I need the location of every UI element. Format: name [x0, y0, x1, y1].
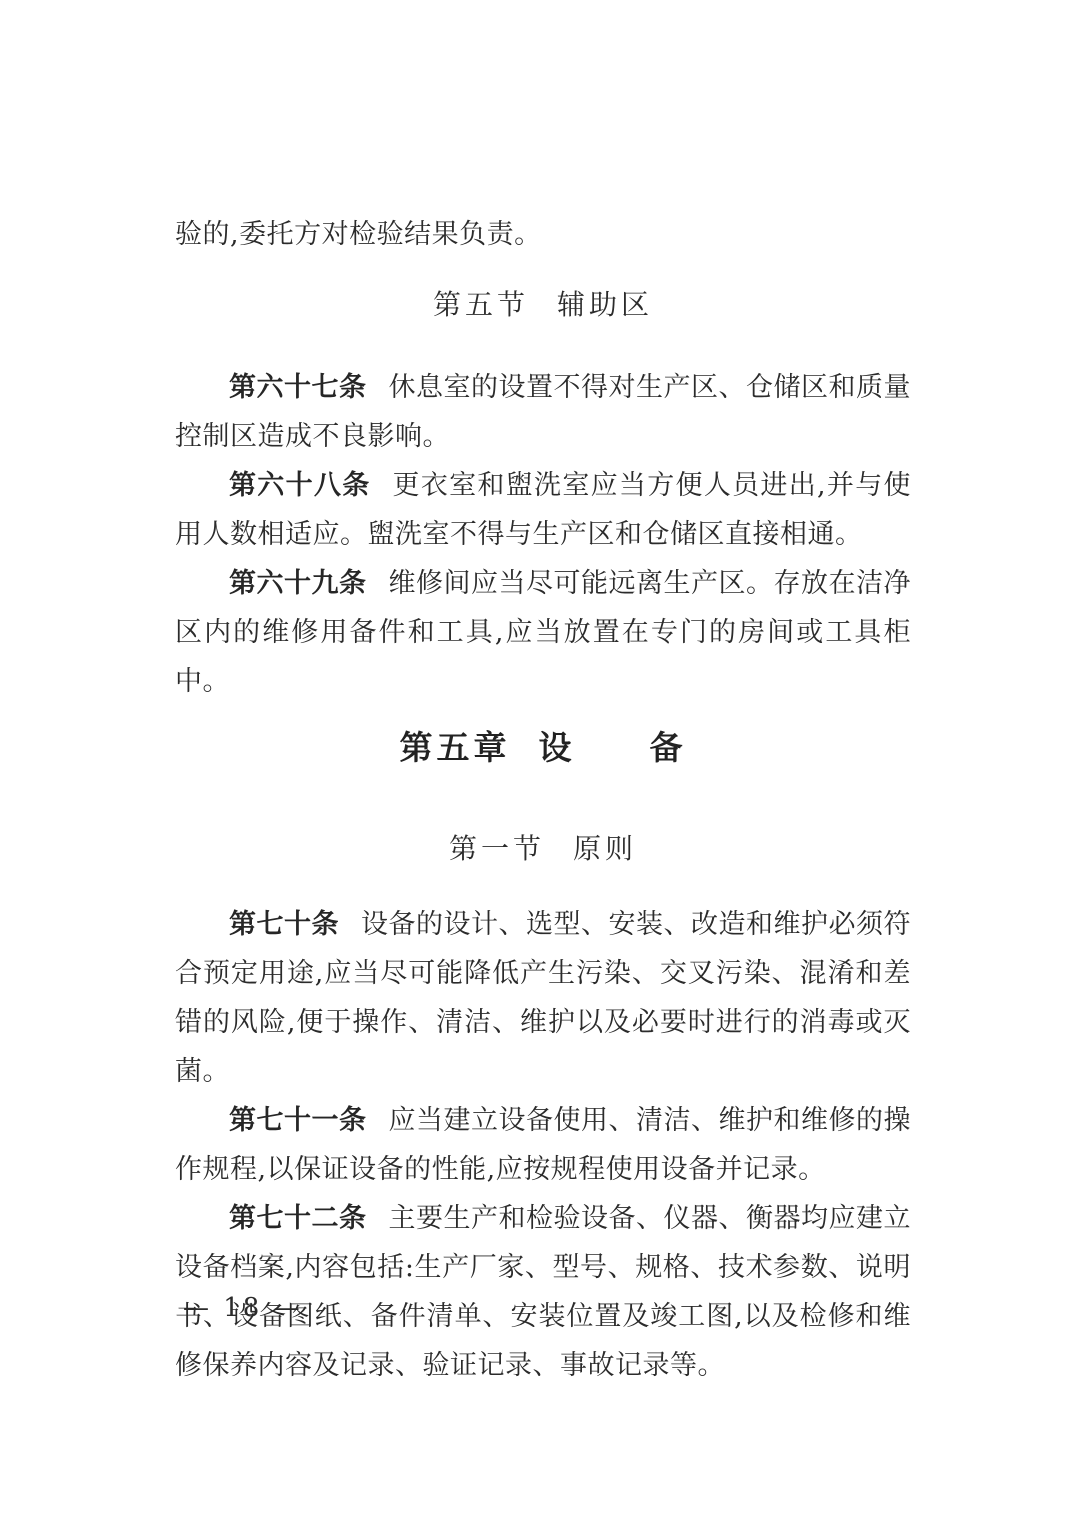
article-71-number: 第七十一条	[229, 1105, 367, 1136]
article-67-paragraph: 第六十七条休息室的设置不得对生产区、仓储区和质量控制区造成不良影响。	[175, 363, 911, 461]
article-71-paragraph: 第七十一条应当建立设备使用、清洁、维护和维修的操作规程,以保证设备的性能,应按规…	[175, 1096, 911, 1194]
page-number: — 18 —	[183, 1293, 303, 1323]
chapter-5-label: 第五章	[400, 728, 511, 767]
document-page: 验的,委托方对检验结果负责。 第五节辅助区 第六十七条休息室的设置不得对生产区、…	[0, 0, 1080, 1529]
section-1-title: 原则	[573, 832, 637, 865]
page-content: 验的,委托方对检验结果负责。 第五节辅助区 第六十七条休息室的设置不得对生产区、…	[175, 210, 911, 1390]
article-69-number: 第六十九条	[229, 568, 367, 599]
article-72-number: 第七十二条	[229, 1203, 367, 1234]
continuation-paragraph: 验的,委托方对检验结果负责。	[175, 210, 911, 259]
section-1-label: 第一节	[449, 832, 545, 865]
section-5-title: 辅助区	[557, 288, 653, 321]
chapter-5-title: 设 备	[539, 728, 687, 767]
article-72-paragraph: 第七十二条主要生产和检验设备、仪器、衡器均应建立设备档案,内容包括:生产厂家、型…	[175, 1194, 911, 1390]
article-70-paragraph: 第七十条设备的设计、选型、安装、改造和维护必须符合预定用途,应当尽可能降低产生污…	[175, 900, 911, 1096]
article-70-number: 第七十条	[229, 909, 339, 940]
section-1-heading: 第一节原则	[175, 832, 911, 866]
section-5-label: 第五节	[433, 288, 529, 321]
article-68-number: 第六十八条	[229, 470, 371, 501]
article-68-paragraph: 第六十八条更衣室和盥洗室应当方便人员进出,并与使用人数相适应。盥洗室不得与生产区…	[175, 461, 911, 559]
chapter-5-heading: 第五章设 备	[175, 728, 911, 768]
article-69-paragraph: 第六十九条维修间应当尽可能远离生产区。存放在洁净区内的维修用备件和工具,应当放置…	[175, 559, 911, 706]
article-67-number: 第六十七条	[229, 372, 367, 403]
section-5-heading: 第五节辅助区	[175, 288, 911, 322]
